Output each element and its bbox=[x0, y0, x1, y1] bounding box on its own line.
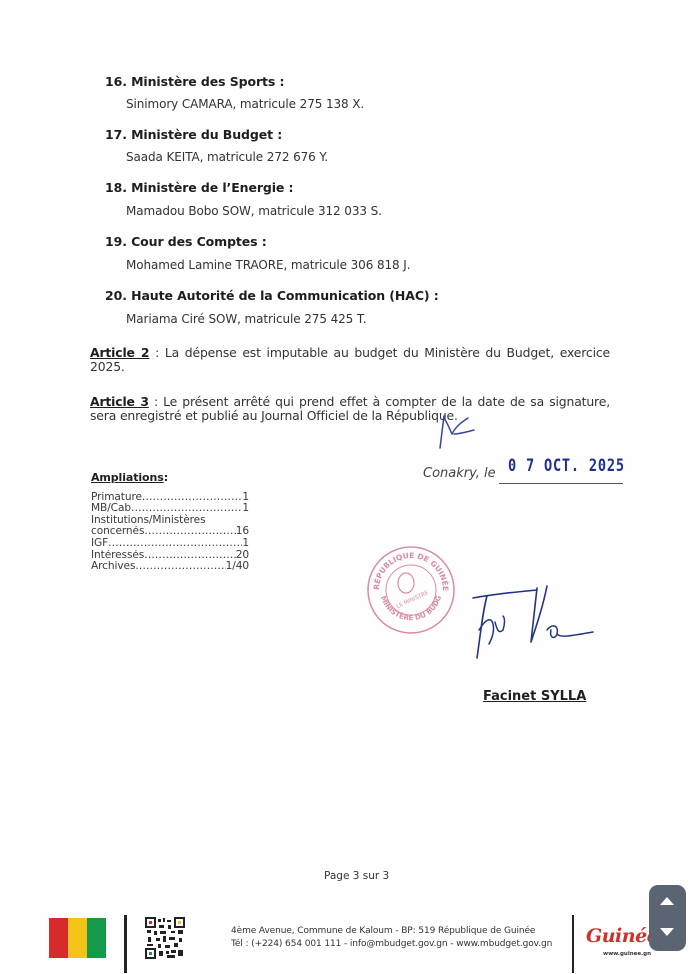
item-18-body: Mamadou Bobo SOW, matricule 312 033 S. bbox=[126, 204, 382, 218]
item-17-title: 17. Ministère du Budget : bbox=[105, 127, 282, 142]
initials-signature-icon bbox=[432, 410, 482, 452]
page-scroll-control[interactable] bbox=[649, 885, 686, 951]
article-3-text: : Le présent arrêté qui prend effet à co… bbox=[90, 394, 610, 423]
article-3-label: Article 3 bbox=[90, 394, 149, 409]
ministry-seal-icon: RÉPUBLIQUE DE GUINÉE MINISTÈRE DU BUDGET… bbox=[366, 545, 456, 635]
svg-text:LE MINISTRE: LE MINISTRE bbox=[396, 590, 430, 610]
ampliation-row: concernés16 bbox=[91, 526, 249, 538]
footer-address: 4ème Avenue, Commune de Kaloum - BP: 519… bbox=[231, 926, 535, 936]
article-2-label: Article 2 bbox=[90, 345, 149, 360]
date-label: Conakry, le bbox=[423, 466, 496, 481]
scroll-up-icon[interactable] bbox=[660, 897, 674, 905]
ampliation-row: Archives1/40 bbox=[91, 561, 249, 573]
item-16-body: Sinimory CAMARA, matricule 275 138 X. bbox=[126, 97, 364, 111]
item-19-body: Mohamed Lamine TRAORE, matricule 306 818… bbox=[126, 258, 410, 272]
ampliation-row: Institutions/Ministères bbox=[91, 515, 249, 527]
ampliation-row: Intéressés20 bbox=[91, 550, 249, 562]
date-stamp: 0 7 OCT. 2025 bbox=[508, 456, 625, 476]
guinea-flag-icon bbox=[49, 918, 106, 958]
minister-signature-icon bbox=[465, 580, 600, 670]
date-line bbox=[499, 483, 623, 484]
article-2: Article 2 : La dépense est imputable au … bbox=[90, 346, 610, 374]
guinee-brand-logo: Guinée bbox=[586, 925, 658, 947]
signer-name: Facinet SYLLA bbox=[483, 689, 586, 704]
guinee-brand-url: www.guinee.gn bbox=[603, 951, 651, 957]
page-number: Page 3 sur 3 bbox=[324, 870, 389, 882]
footer-contact: Tél : (+224) 654 001 111 - info@mbudget.… bbox=[231, 939, 552, 949]
flag-stripe-yellow bbox=[68, 918, 87, 958]
ampliation-row: IGF1 bbox=[91, 538, 249, 550]
qr-code-icon bbox=[145, 917, 185, 959]
ampliation-row: Primature1 bbox=[91, 492, 249, 504]
item-16-title: 16. Ministère des Sports : bbox=[105, 74, 284, 89]
flag-stripe-green bbox=[87, 918, 106, 958]
flag-stripe-red bbox=[49, 918, 68, 958]
item-19-title: 19. Cour des Comptes : bbox=[105, 234, 267, 249]
item-20-body: Mariama Ciré SOW, matricule 275 425 T. bbox=[126, 312, 366, 326]
footer-divider-left bbox=[124, 915, 127, 973]
item-18-title: 18. Ministère de l’Energie : bbox=[105, 180, 293, 195]
article-2-text: : La dépense est imputable au budget du … bbox=[90, 345, 610, 374]
item-17-body: Saada KEITA, matricule 272 676 Y. bbox=[126, 150, 328, 164]
ampliations-title: Ampliations : bbox=[91, 472, 249, 484]
scroll-down-icon[interactable] bbox=[660, 928, 674, 936]
ampliations-block: Ampliations : Primature1 MB/Cab 1 Instit… bbox=[91, 472, 249, 573]
footer-divider-right bbox=[572, 915, 574, 973]
item-20-title: 20. Haute Autorité de la Communication (… bbox=[105, 288, 439, 303]
article-3: Article 3 : Le présent arrêté qui prend … bbox=[90, 395, 610, 423]
